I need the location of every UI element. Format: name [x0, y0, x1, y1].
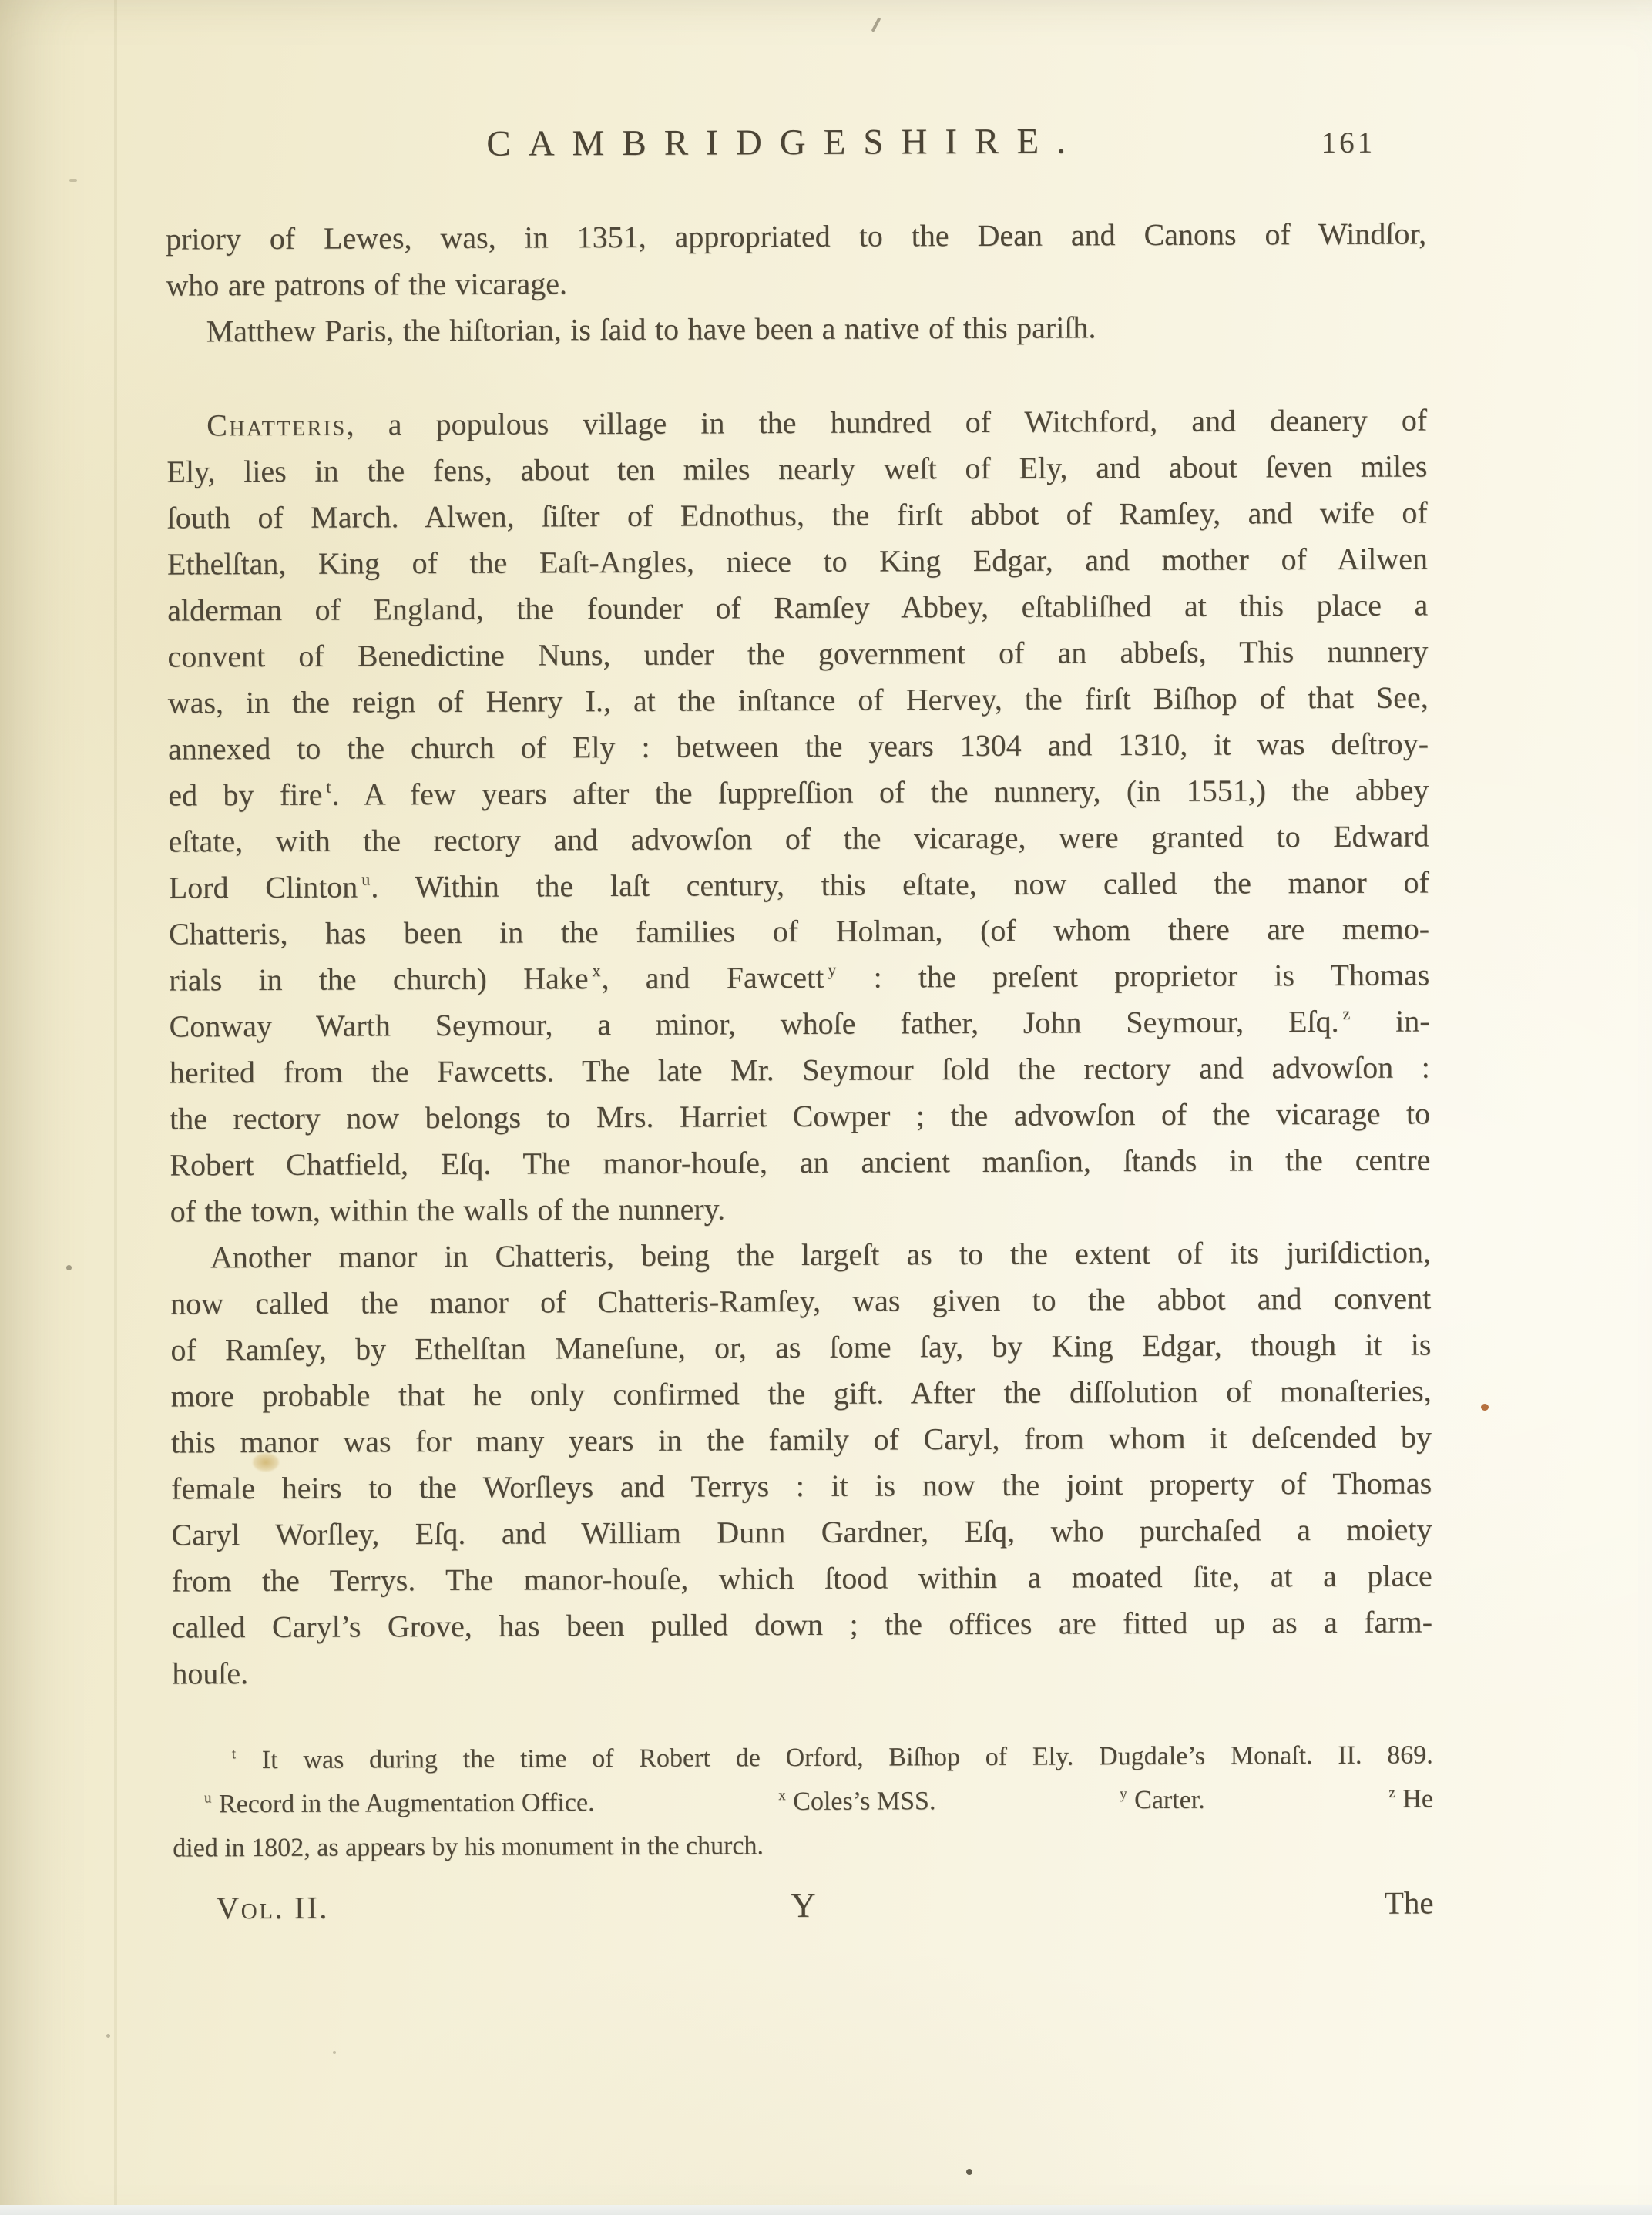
- text-line: the rectory now belongs to Mrs. Harriet …: [170, 1090, 1430, 1142]
- foxing-stain: [253, 1453, 279, 1472]
- footnote-item: x Coles’s MSS.: [774, 1779, 935, 1824]
- footnote-line-uxyz: u Record in the Augmentation Office.x Co…: [173, 1777, 1433, 1826]
- text-line: Caryl Worſley, Eſq. and William Dunn Gar…: [171, 1506, 1432, 1558]
- text-line: priory of Lewes, was, in 1351, appropria…: [166, 210, 1426, 262]
- page-header: CAMBRIDGESHIRE. 161: [166, 119, 1426, 180]
- footnote-item: y Carter.: [1116, 1778, 1205, 1823]
- text-line: more probable that he only confirmed the…: [171, 1368, 1432, 1419]
- text-line: Lord Clintonu. Within the laſt century, …: [169, 859, 1429, 911]
- text-line: Matthew Paris, the hiſtorian, is ſaid to…: [166, 303, 1427, 354]
- text-line: alderman of England, the founder of Ramſ…: [167, 582, 1428, 633]
- text-line: Another manor in Chatteris, being the la…: [170, 1229, 1431, 1280]
- text-line: from the Terrys. The manor-houſe, which …: [172, 1552, 1432, 1604]
- paper-speck: [1481, 1404, 1489, 1411]
- footnote-line-t: t It was during the time of Robert de Or…: [173, 1733, 1433, 1782]
- book-page-scan: CAMBRIDGESHIRE. 161 priory of Lewes, was…: [0, 0, 1652, 2215]
- text-line: Chatteris, has been in the families of H…: [169, 905, 1429, 957]
- text-line: female heirs to the Worſleys and Terrys …: [171, 1460, 1432, 1512]
- paper-speck: [66, 1265, 72, 1270]
- footnote-item: z He: [1385, 1777, 1433, 1821]
- text-line: ed by firet. A few years after the ſuppr…: [168, 767, 1429, 818]
- text-line: Chatteris, a populous village in the hun…: [166, 397, 1427, 448]
- text-line: this manor was for many years in the fam…: [171, 1414, 1432, 1465]
- footnote-block: t It was during the time of Robert de Or…: [173, 1733, 1434, 1870]
- text-line: was, in the reign of Henry I., at the in…: [168, 674, 1429, 726]
- paper-speck: [333, 2051, 336, 2054]
- page-footer: Vol. II. Y The: [173, 1878, 1433, 1931]
- text-line: convent of Benedictine Nuns, under the g…: [167, 628, 1428, 680]
- footnote-line-continuation: died in 1802, as appears by his monument…: [173, 1821, 1433, 1870]
- text-line: annexed to the church of Ely : between t…: [168, 720, 1429, 772]
- text-line: rials in the church) Hakex, and Fawcetty…: [169, 951, 1429, 1003]
- text-line: of the town, within the walls of the nun…: [170, 1183, 1431, 1234]
- body-text: priory of Lewes, was, in 1351, appropria…: [166, 210, 1432, 1696]
- paragraph: Chatteris, a populous village in the hun…: [166, 397, 1431, 1234]
- text-line: herited from the Fawcetts. The late Mr. …: [170, 1044, 1430, 1096]
- text-line: now called the manor of Chatteris-Ramſey…: [170, 1275, 1431, 1327]
- text-line: Robert Chatfield, Eſq. The manor-houſe, …: [170, 1136, 1430, 1188]
- text-line: Ethelſtan, King of the Eaſt-Angles, niec…: [167, 535, 1428, 587]
- page-number: 161: [1321, 126, 1376, 160]
- signature-mark: Y: [173, 1878, 1433, 1931]
- text-line: Conway Warth Seymour, a minor, whoſe fat…: [169, 998, 1429, 1049]
- paragraph: priory of Lewes, was, in 1351, appropria…: [166, 210, 1427, 308]
- paper-speck: [69, 179, 77, 182]
- footnote-item: u Record in the Augmentation Office.: [173, 1780, 595, 1826]
- paper-speck: [106, 2034, 110, 2038]
- scan-bottom-edge: [0, 2205, 1652, 2215]
- text-line: called Caryl’s Grove, has been pulled do…: [172, 1599, 1432, 1650]
- paper-speck: [966, 2169, 972, 2175]
- text-line: houſe.: [172, 1645, 1432, 1696]
- paper-speck: [871, 17, 881, 32]
- text-line: ſouth of March. Alwen, ſiſter of Ednothu…: [167, 489, 1428, 541]
- text-line: eſtate, with the rectory and advowſon of…: [168, 813, 1429, 864]
- paragraph: Another manor in Chatteris, being the la…: [170, 1229, 1433, 1696]
- paragraph: Matthew Paris, the hiſtorian, is ſaid to…: [166, 303, 1427, 354]
- text-line: who are patrons of the vicarage.: [166, 257, 1426, 308]
- text-column: priory of Lewes, was, in 1351, appropria…: [166, 210, 1434, 1931]
- catchword: The: [1385, 1878, 1434, 1926]
- running-title: CAMBRIDGESHIRE.: [146, 119, 1406, 166]
- gutter-fold-line: [114, 0, 117, 2215]
- text-line: Ely, lies in the fens, about ten miles n…: [166, 443, 1427, 495]
- text-line: of Ramſey, by Ethelſtan Maneſune, or, as…: [170, 1321, 1431, 1373]
